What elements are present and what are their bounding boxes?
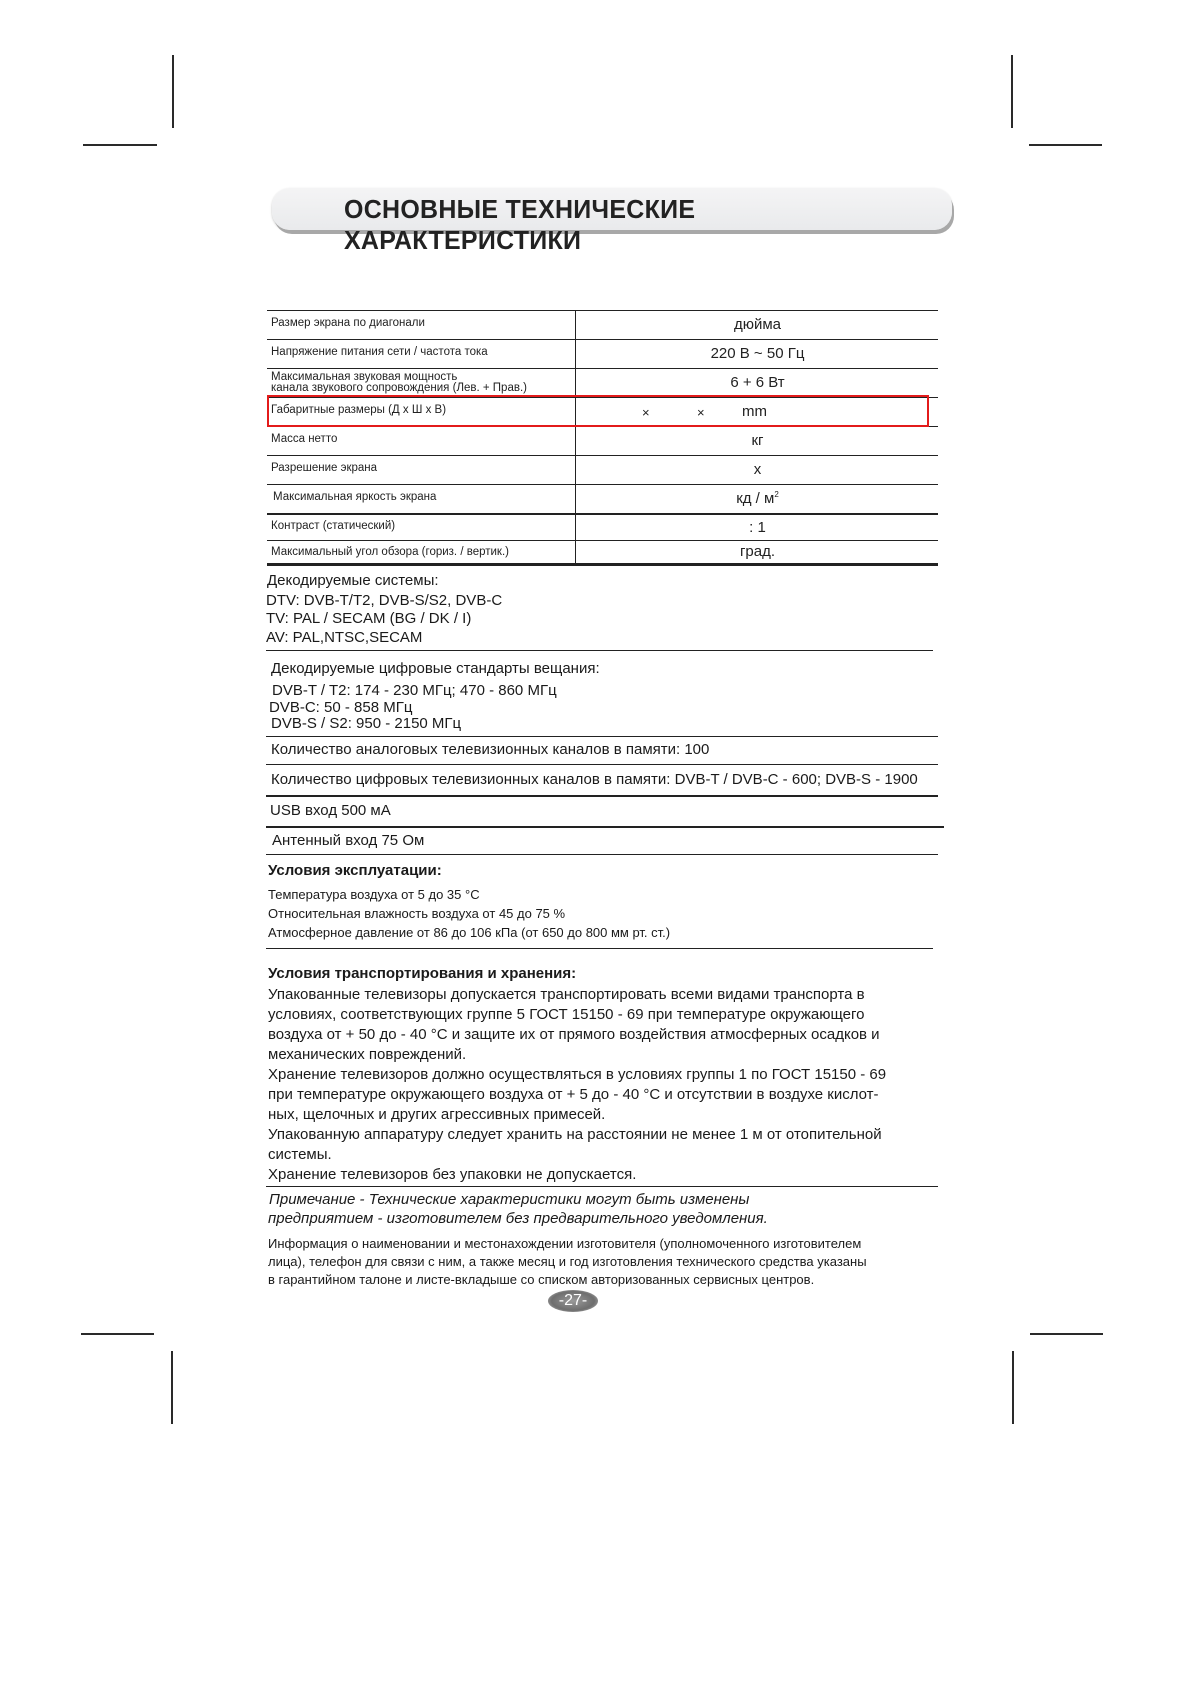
- crop-mark: [1011, 55, 1013, 128]
- note-line: Примечание - Технические характеристики …: [269, 1191, 749, 1208]
- spec-label: Напряжение питания сети / частота тока: [271, 346, 488, 358]
- transport-line: системы.: [268, 1146, 332, 1163]
- page-title: ОСНОВНЫЕ ТЕХНИЧЕСКИЕ ХАРАКТЕРИСТИКИ: [344, 194, 928, 256]
- operating-humidity: Относительная влажность воздуха от 45 до…: [268, 906, 565, 921]
- decoded-systems-line: AV: PAL,NTSC,SECAM: [266, 629, 422, 646]
- spec-label: Максимальная звуковая мощностьканала зву…: [271, 372, 527, 394]
- spec-value: град.: [577, 543, 938, 560]
- crop-mark: [1030, 1333, 1103, 1335]
- title-banner: ОСНОВНЫЕ ТЕХНИЧЕСКИЕ ХАРАКТЕРИСТИКИ: [272, 188, 952, 230]
- spec-label: Разрешение экрана: [271, 462, 377, 474]
- antenna-input: Антенный вход 75 Ом: [272, 832, 424, 849]
- divider: [266, 1186, 938, 1187]
- broadcast-line: DVB-T / T2: 174 - 230 МГц; 470 - 860 МГц: [272, 682, 557, 699]
- spec-label: Масса нетто: [271, 433, 337, 445]
- spec-row-screen-size: Размер экрана по диагонали дюйма: [267, 310, 938, 339]
- spec-value: кд / м2: [577, 490, 938, 507]
- operating-temperature: Температура воздуха от 5 до 35 °С: [268, 887, 480, 902]
- transport-line: Упакованные телевизоры допускается транс…: [268, 986, 865, 1003]
- transport-line: Хранение телевизоров без упаковки не доп…: [268, 1166, 636, 1183]
- divider: [266, 650, 933, 651]
- transport-line: механических повреждений.: [268, 1046, 466, 1063]
- decoded-systems-line: DTV: DVB-T/T2, DVB-S/S2, DVB-C: [266, 592, 502, 609]
- spec-row-weight: Масса нетто кг: [267, 426, 938, 455]
- spec-row-audio: Максимальная звуковая мощностьканала зву…: [267, 368, 938, 397]
- operating-heading: Условия эксплуатации:: [268, 862, 442, 879]
- transport-line: воздуха от + 50 до - 40 °С и защите их о…: [268, 1026, 880, 1043]
- spec-value: дюйма: [577, 316, 938, 333]
- divider: [266, 826, 944, 828]
- spec-row-brightness: Максимальная яркость экрана кд / м2: [267, 484, 938, 513]
- crop-mark: [171, 1351, 173, 1424]
- table-bottom-rule: [267, 563, 938, 566]
- digital-channels: Количество цифровых телевизионных канало…: [271, 771, 918, 788]
- broadcast-heading: Декодируемые цифровые стандарты вещания:: [271, 660, 600, 677]
- decoded-systems-line: TV: PAL / SECAM (BG / DK / I): [266, 610, 471, 627]
- crop-mark: [172, 55, 174, 128]
- spec-value: 6 + 6 Вт: [577, 374, 938, 391]
- note-line: предприятием - изготовителем без предвар…: [268, 1210, 768, 1227]
- divider: [266, 736, 938, 737]
- spec-row-viewing-angle: Максимальный угол обзора (гориз. / верти…: [267, 540, 938, 563]
- usb-input: USB вход 500 мА: [270, 802, 391, 819]
- divider: [266, 764, 938, 765]
- decoded-systems-heading: Декодируемые системы:: [267, 572, 439, 589]
- spec-value: 220 В ~ 50 Гц: [577, 345, 938, 362]
- spec-value: х: [577, 461, 938, 478]
- crop-mark: [1012, 1351, 1014, 1424]
- spec-label: Максимальная яркость экрана: [273, 491, 436, 503]
- page-number: -27-: [548, 1290, 598, 1312]
- divider: [266, 795, 938, 797]
- transport-line: при температуре окружающего воздуха от +…: [268, 1086, 879, 1103]
- divider: [266, 948, 933, 949]
- spec-label: Контраст (статический): [271, 520, 395, 532]
- spec-row-contrast: Контраст (статический) : 1: [267, 513, 938, 540]
- spec-row-power: Напряжение питания сети / частота тока 2…: [267, 339, 938, 368]
- manufacturer-info-line: Информация о наименовании и местонахожде…: [268, 1236, 861, 1251]
- transport-line: Упакованную аппаратуру следует хранить н…: [268, 1126, 882, 1143]
- manufacturer-info-line: в гарантийном талоне и листе-вкладыше со…: [268, 1272, 814, 1287]
- spec-value: : 1: [577, 519, 938, 536]
- broadcast-line: DVB-S / S2: 950 - 2150 МГц: [271, 715, 461, 732]
- transport-line: условиях, соответствующих группе 5 ГОСТ …: [268, 1006, 864, 1023]
- divider: [266, 854, 938, 855]
- operating-pressure: Атмосферное давление от 86 до 106 кПа (о…: [268, 925, 670, 940]
- transport-heading: Условия транспортирования и хранения:: [268, 965, 576, 982]
- transport-line: Хранение телевизоров должно осуществлять…: [268, 1066, 886, 1083]
- transport-line: ных, щелочных и других агрессивных приме…: [268, 1106, 605, 1123]
- spec-table: Размер экрана по диагонали дюйма Напряже…: [267, 310, 938, 566]
- manufacturer-info-line: лица), телефон для связи с ним, а также …: [268, 1254, 867, 1269]
- highlight-box: [267, 395, 929, 427]
- broadcast-line: DVB-C: 50 - 858 МГц: [269, 699, 412, 716]
- crop-mark: [81, 1333, 154, 1335]
- spec-value: кг: [577, 432, 938, 449]
- spec-label: Размер экрана по диагонали: [271, 317, 425, 329]
- spec-row-resolution: Разрешение экрана х: [267, 455, 938, 484]
- crop-mark: [83, 144, 157, 146]
- spec-label: Максимальный угол обзора (гориз. / верти…: [271, 546, 509, 558]
- analog-channels: Количество аналоговых телевизионных кана…: [271, 741, 709, 758]
- crop-mark: [1029, 144, 1102, 146]
